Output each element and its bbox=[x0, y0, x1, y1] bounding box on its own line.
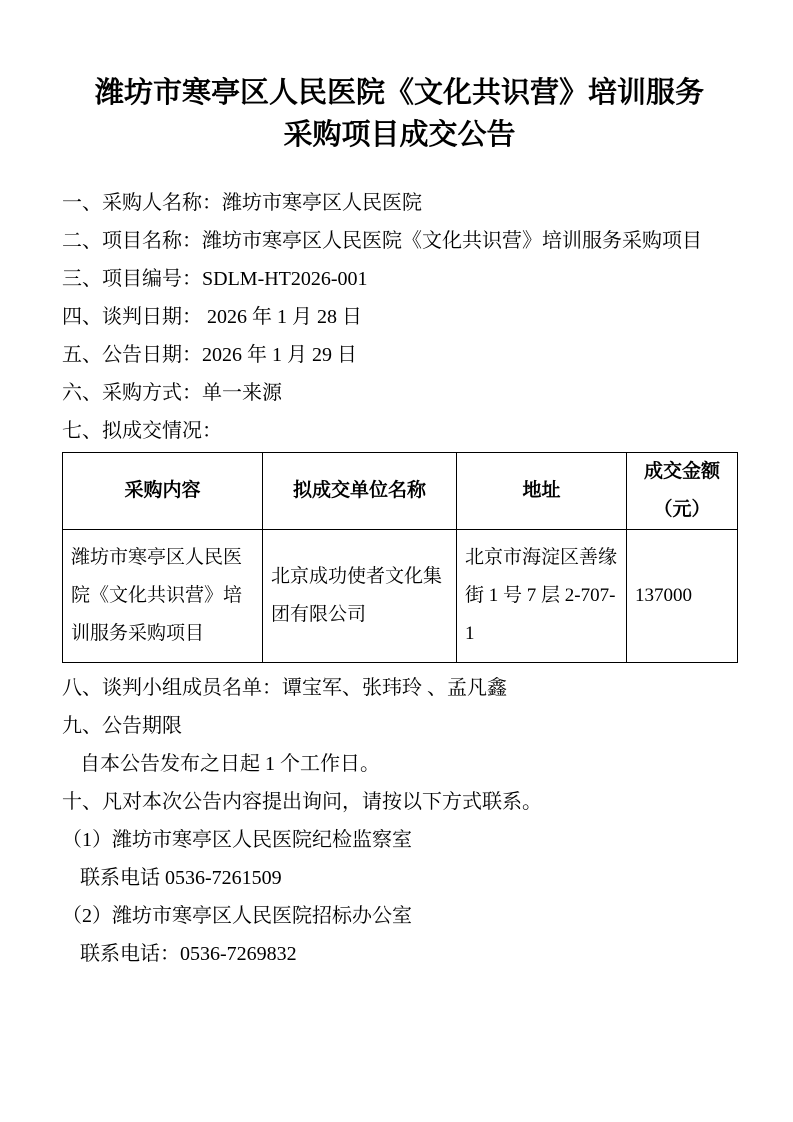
document-title: 潍坊市寒亭区人民医院《文化共识营》培训服务 采购项目成交公告 bbox=[62, 72, 737, 156]
header-purchase-content: 采购内容 bbox=[63, 453, 263, 530]
item-inquiry-notice: 十、凡对本次公告内容提出询问，请按以下方式联系。 bbox=[62, 783, 737, 821]
item-negotiation-team: 八、谈判小组成员名单：谭宝军、张玮玲 、孟凡鑫 bbox=[62, 669, 737, 707]
item-award-situation-label: 七、拟成交情况： bbox=[62, 412, 737, 450]
header-address: 地址 bbox=[457, 453, 627, 530]
award-table: 采购内容 拟成交单位名称 地址 成交金额（元） 潍坊市寒亭区人民医院《文化共识营… bbox=[62, 452, 738, 663]
item-contact-2-office: （2）潍坊市寒亭区人民医院招标办公室 bbox=[62, 897, 737, 935]
item-contact-1-office: （1）潍坊市寒亭区人民医院纪检监察室 bbox=[62, 821, 737, 859]
item-announcement-period-label: 九、公告期限 bbox=[62, 707, 737, 745]
item-announcement-date: 五、公告日期：2026 年 1 月 29 日 bbox=[62, 336, 737, 374]
cell-supplier-name: 北京成功使者文化集团有限公司 bbox=[263, 530, 457, 663]
item-contact-2-phone: 联系电话：0536-7269832 bbox=[62, 935, 737, 973]
header-award-amount: 成交金额（元） bbox=[627, 453, 738, 530]
cell-address: 北京市海淀区善缘街 1 号 7 层 2-707-1 bbox=[457, 530, 627, 663]
item-purchaser-name: 一、采购人名称：潍坊市寒亭区人民医院 bbox=[62, 184, 737, 222]
item-announcement-period-value: 自本公告发布之日起 1 个工作日。 bbox=[62, 745, 737, 783]
table-row: 潍坊市寒亭区人民医院《文化共识营》培训服务采购项目 北京成功使者文化集团有限公司… bbox=[63, 530, 738, 663]
cell-award-amount: 137000 bbox=[627, 530, 738, 663]
item-procurement-method: 六、采购方式：单一来源 bbox=[62, 374, 737, 412]
item-project-name: 二、项目名称：潍坊市寒亭区人民医院《文化共识营》培训服务采购项目 bbox=[62, 222, 737, 260]
item-project-number: 三、项目编号：SDLM-HT2026-001 bbox=[62, 260, 737, 298]
item-negotiation-date: 四、谈判日期： 2026 年 1 月 28 日 bbox=[62, 298, 737, 336]
item-contact-1-phone: 联系电话 0536-7261509 bbox=[62, 859, 737, 897]
numbered-items-after-table: 八、谈判小组成员名单：谭宝军、张玮玲 、孟凡鑫 九、公告期限 自本公告发布之日起… bbox=[62, 669, 737, 973]
cell-purchase-content: 潍坊市寒亭区人民医院《文化共识营》培训服务采购项目 bbox=[63, 530, 263, 663]
numbered-items-before-table: 一、采购人名称：潍坊市寒亭区人民医院 二、项目名称：潍坊市寒亭区人民医院《文化共… bbox=[62, 184, 737, 450]
header-supplier-name: 拟成交单位名称 bbox=[263, 453, 457, 530]
table-header-row: 采购内容 拟成交单位名称 地址 成交金额（元） bbox=[63, 453, 738, 530]
document-page: 潍坊市寒亭区人民医院《文化共识营》培训服务 采购项目成交公告 一、采购人名称：潍… bbox=[0, 0, 793, 1122]
